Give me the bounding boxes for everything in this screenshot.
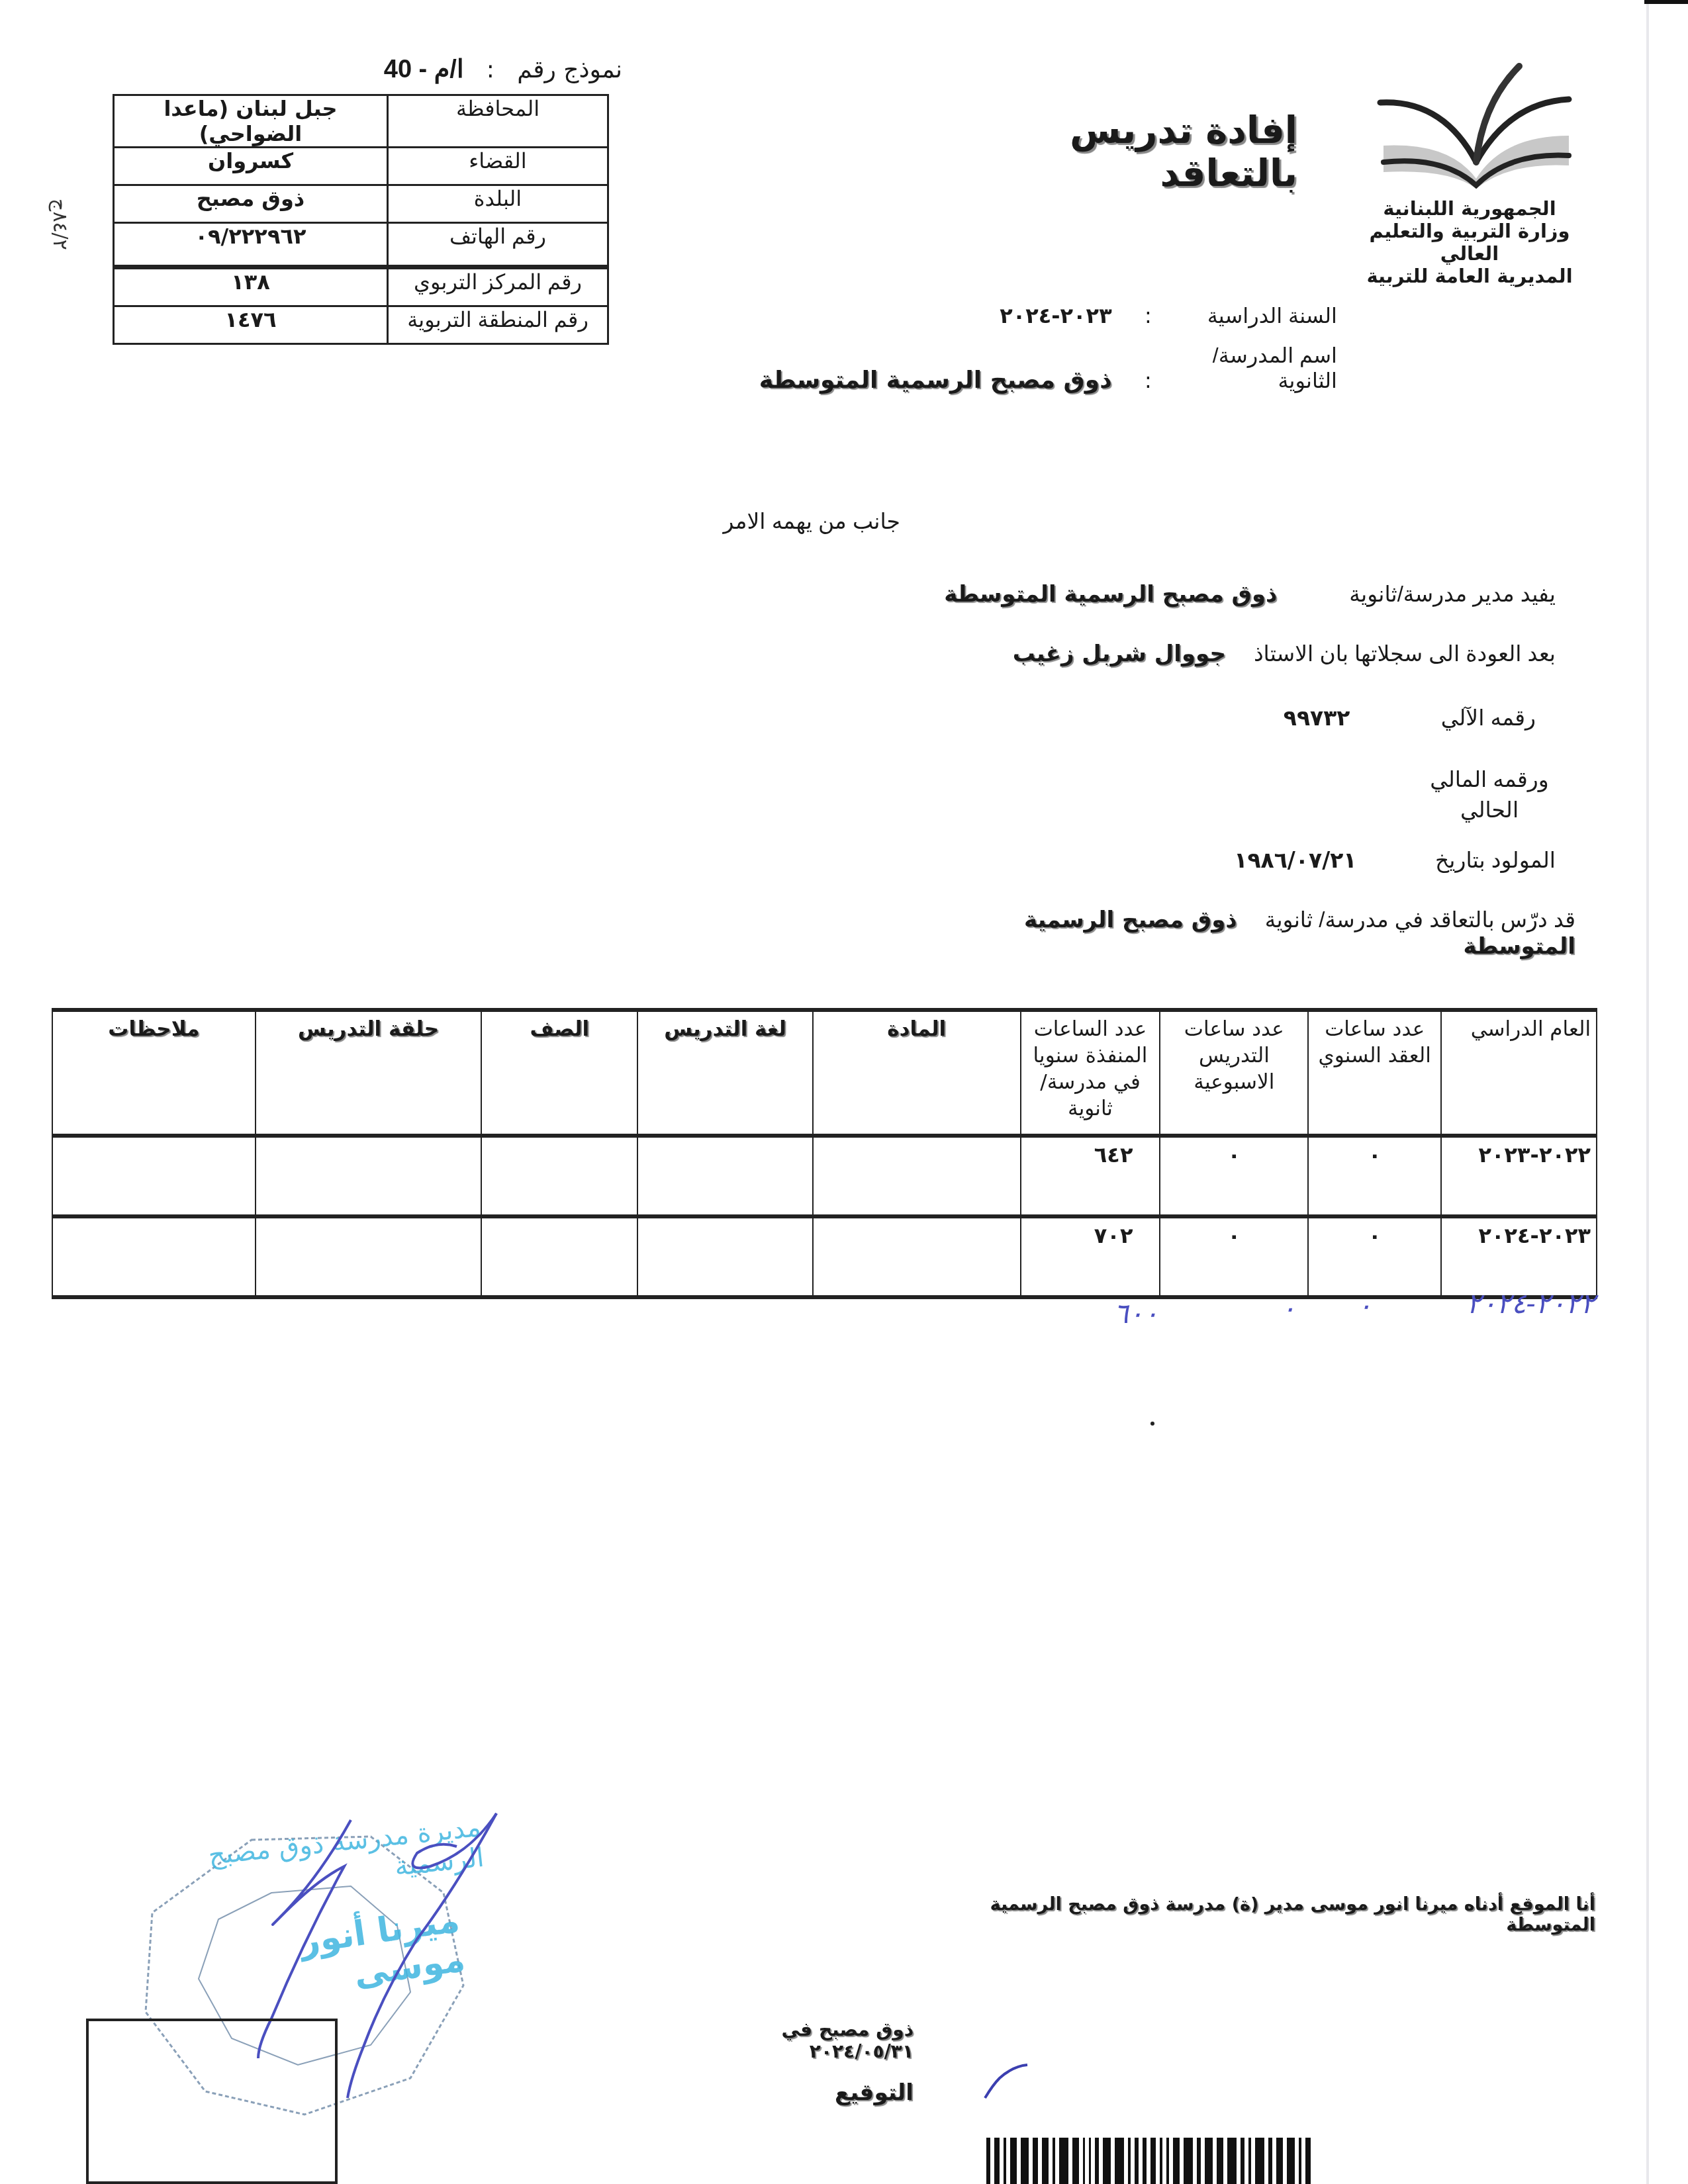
info-label: المحافظة <box>388 95 608 148</box>
cell-notes <box>52 1136 256 1216</box>
org-line: الجمهورية اللبنانية <box>1350 197 1589 220</box>
info-label: رقم المنطقة التربوية <box>388 306 608 344</box>
director-declaration: أنا الموقع أدناه ميرنا انور موسى مدير (ة… <box>960 1894 1595 1935</box>
cell-language <box>637 1216 813 1297</box>
info-value: ذوق مصبح <box>114 185 388 223</box>
cell-subject <box>813 1136 1021 1216</box>
academic-year-row: السنة الدراسية : ٢٠٢٣-٢٠٢٤ <box>774 303 1337 328</box>
info-label: القضاء <box>388 148 608 185</box>
cell-language <box>637 1136 813 1216</box>
school-name-value: ذوق مصبح الرسمية المتوسطة <box>759 367 1112 394</box>
cell-contract-hours: ٠ <box>1308 1136 1441 1216</box>
birth-date-value: ١٩٨٦/٠٧/٢١ <box>1234 847 1356 873</box>
cell-cycle <box>256 1216 482 1297</box>
info-label: البلدة <box>388 185 608 223</box>
form-number-label: نموذج رقم <box>517 56 622 83</box>
director-statement-label: يفيد مدير مدرسة/ثانوية <box>1284 581 1556 607</box>
table-header-row: العام الدراسي عدد ساعات العقد السنوي عدد… <box>52 1010 1597 1136</box>
col-header-executed-hours: عدد الساعات المنفذة سنويا في مدرسة/ثانوي… <box>1021 1010 1160 1136</box>
table-row: ٢٠٢٢-٢٠٢٣ ٠ ٠ ٦٤٢ <box>52 1136 1597 1216</box>
birth-date-row: المولود بتاريخ ١٩٨٦/٠٧/٢١ <box>1125 847 1556 873</box>
info-value: ١٣٨ <box>114 267 388 306</box>
auto-number-label: رقمه الآلي <box>1357 705 1536 731</box>
taught-at-row: قد درّس بالتعاقد في مدرسة/ ثانوية ذوق مص… <box>927 907 1575 960</box>
cell-cycle <box>256 1136 482 1216</box>
org-line: المديرية العامة للتربية <box>1350 265 1589 287</box>
teaching-hours-table: العام الدراسي عدد ساعات العقد السنوي عدد… <box>52 1008 1597 1299</box>
cell-year: ٢٠٢٣-٢٠٢٤ <box>1441 1216 1597 1297</box>
academic-year-label: السنة الدراسية <box>1158 303 1337 328</box>
salutation: جانب من يهمه الامر <box>662 508 900 534</box>
cell-contract-hours: ٠ <box>1308 1216 1441 1297</box>
cell-executed-hours: ٧٠٢ <box>1021 1216 1160 1297</box>
teacher-label: بعد العودة الى سجلاتها بان الاستاذ <box>1254 641 1556 666</box>
col-header-grade: الصف <box>481 1010 637 1136</box>
financial-number-label-line1: ورقمه المالي <box>1423 764 1556 795</box>
cell-weekly-hours: ٠ <box>1160 1216 1308 1297</box>
col-header-academic-year: العام الدراسي <box>1441 1010 1597 1136</box>
col-header-notes: ملاحظات <box>52 1010 256 1136</box>
place-and-date: ذوق مصبح في ٢٠٢٤/٠٥/٣١ <box>675 2019 914 2062</box>
signature-label: التوقيع <box>761 2079 914 2106</box>
academic-year-value: ٢٠٢٣-٢٠٢٤ <box>1000 303 1112 328</box>
financial-number-label-line2: الحالي <box>1423 795 1556 825</box>
school-name-label: اسم المدرسة/الثانوية <box>1158 343 1337 393</box>
auto-number-row: رقمه الآلي ٩٩٧٣٢ <box>1192 705 1536 731</box>
info-label: رقم الهاتف <box>388 223 608 267</box>
ink-dot <box>1150 1422 1154 1426</box>
ministry-logo-icon <box>1370 63 1575 189</box>
col-header-weekly-hours: عدد ساعات التدريس الاسبوعية <box>1160 1010 1308 1136</box>
form-number-value: ا/م - 40 <box>384 56 464 83</box>
info-row: البلدة ذوق مصبح <box>114 185 608 223</box>
info-value: ١٤٧٦ <box>114 306 388 344</box>
cell-grade <box>481 1216 637 1297</box>
info-row: رقم الهاتف ٠٩/٢٢٢٩٦٢ <box>114 223 608 267</box>
stamp-frame-box <box>86 2019 338 2184</box>
form-number-sep: : <box>487 56 494 83</box>
cell-grade <box>481 1136 637 1216</box>
table-row: ٢٠٢٣-٢٠٢٤ ٠ ٠ ٧٠٢ <box>52 1216 1597 1297</box>
scan-edge-mark <box>1644 0 1688 4</box>
info-row: القضاء كسروان <box>114 148 608 185</box>
form-number: نموذج رقم : ا/م - 40 <box>225 54 622 84</box>
separator: : <box>1119 303 1152 328</box>
info-value: جبل لبنان (ماعدا الضواحي) <box>114 95 388 148</box>
info-row: المحافظة جبل لبنان (ماعدا الضواحي) <box>114 95 608 148</box>
cell-notes <box>52 1216 256 1297</box>
cell-year: ٢٠٢٢-٢٠٢٣ <box>1441 1136 1597 1216</box>
info-value: ٠٩/٢٢٢٩٦٢ <box>114 223 388 267</box>
info-row: رقم المنطقة التربوية ١٤٧٦ <box>114 306 608 344</box>
scan-edge-line <box>1646 0 1649 2184</box>
birth-date-label: المولود بتاريخ <box>1364 847 1556 873</box>
teacher-name: جووال شربل زغيب <box>1013 641 1226 667</box>
school-name-row: اسم المدرسة/الثانوية : ذوق مصبح الرسمية … <box>728 343 1337 394</box>
ministry-name: الجمهورية اللبنانية وزارة التربية والتعل… <box>1350 197 1589 287</box>
col-header-cycle: حلقة التدريس <box>256 1010 482 1136</box>
cell-executed-hours: ٦٤٢ <box>1021 1136 1160 1216</box>
org-line: وزارة التربية والتعليم العالي <box>1350 220 1589 265</box>
info-label: رقم المركز التربوي <box>388 267 608 306</box>
location-info-table: المحافظة جبل لبنان (ماعدا الضواحي) القضا… <box>113 94 609 345</box>
handwritten-executed-hours: ٦٠٠ <box>1053 1297 1158 1330</box>
side-handwritten-note: ٨٤/٢ج <box>48 199 71 250</box>
cell-subject <box>813 1216 1021 1297</box>
signature-stroke-icon <box>980 2058 1033 2105</box>
separator: : <box>1119 368 1152 393</box>
director-statement-school: ذوق مصبح الرسمية المتوسطة <box>944 581 1277 608</box>
auto-number-value: ٩٩٧٣٢ <box>1284 705 1350 731</box>
col-header-subject: المادة <box>813 1010 1021 1136</box>
info-row: رقم المركز التربوي ١٣٨ <box>114 267 608 306</box>
director-statement-row: يفيد مدير مدرسة/ثانوية ذوق مصبح الرسمية … <box>927 581 1556 608</box>
taught-at-label: قد درّس بالتعاقد في مدرسة/ ثانوية <box>1265 907 1575 932</box>
barcode-icon <box>986 2138 1315 2184</box>
handwritten-contract-hours: ٠ <box>1357 1289 1377 1322</box>
col-header-contract-hours: عدد ساعات العقد السنوي <box>1308 1010 1441 1136</box>
teacher-row: بعد العودة الى سجلاتها بان الاستاذ جووال… <box>993 641 1556 667</box>
handwritten-year: ٢٠٢٢-٢٠٢٤ <box>1410 1287 1595 1320</box>
financial-number-label: ورقمه المالي الحالي <box>1423 764 1556 825</box>
document-title: إفادة تدريس بالتعاقد <box>993 109 1297 195</box>
col-header-language: لغة التدريس <box>637 1010 813 1136</box>
handwritten-weekly-hours: ٠ <box>1281 1292 1301 1324</box>
cell-weekly-hours: ٠ <box>1160 1136 1308 1216</box>
info-value: كسروان <box>114 148 388 185</box>
